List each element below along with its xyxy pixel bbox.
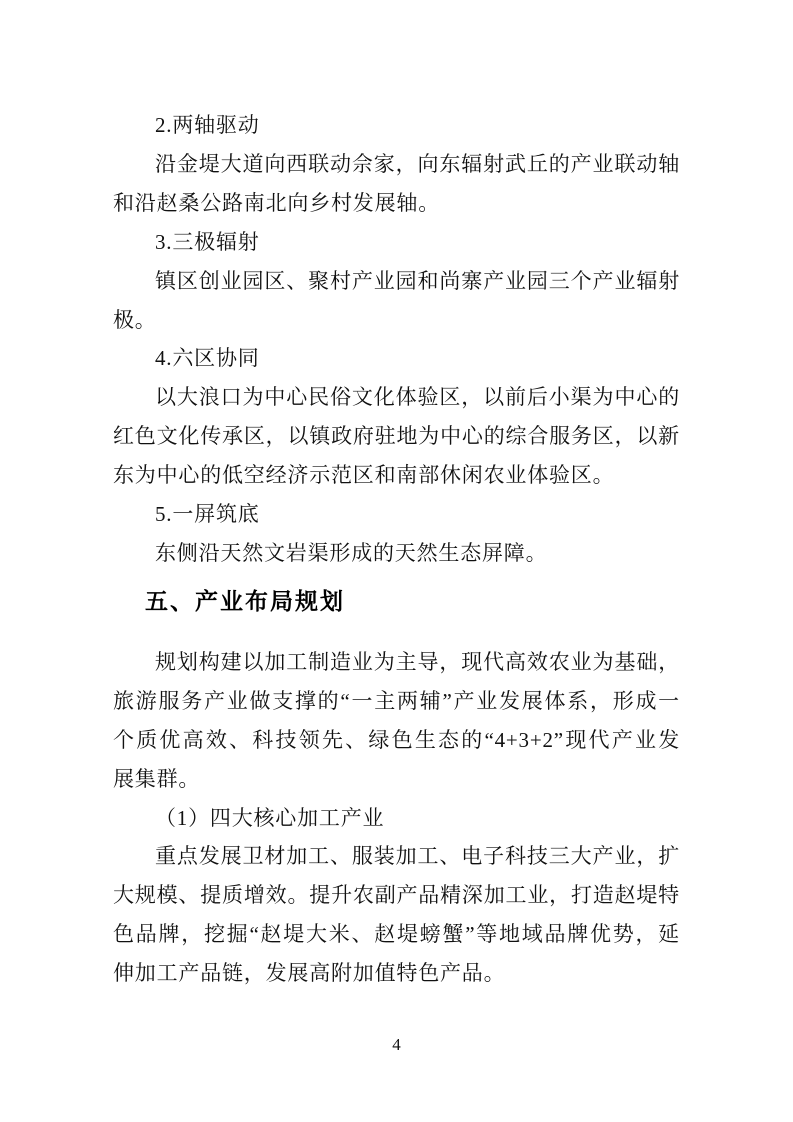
section-heading: 五、产业布局规划 — [113, 579, 680, 624]
paragraph-line: 镇区创业园区、聚村产业园和尚寨产业园三个产业辐射 — [113, 262, 680, 301]
paragraph-line: 旅游服务产业做支撑的“一主两辅”产业发展体系，形成一 — [113, 682, 680, 721]
paragraph-line: 色品牌，挖掘“赵堤大米、赵堤螃蟹”等地域品牌优势，延 — [113, 915, 680, 954]
document-page: 2.两轴驱动沿金堤大道向西联动佘家，向东辐射武丘的产业联动轴和沿赵桑公路南北向乡… — [0, 0, 793, 1122]
paragraph-line: 个质优高效、科技领先、绿色生态的“4+3+2”现代产业发 — [113, 721, 680, 760]
paragraph-line: 红色文化传承区，以镇政府驻地为中心的综合服务区，以新 — [113, 417, 680, 456]
sub-heading: 4.六区协同 — [113, 339, 680, 378]
paragraph-line: 东侧沿天然文岩渠形成的天然生态屏障。 — [113, 534, 680, 573]
paragraph: 重点发展卫材加工、服装加工、电子科技三大产业，扩大规模、提质增效。提升农副产品精… — [113, 837, 680, 993]
paragraph: 东侧沿天然文岩渠形成的天然生态屏障。 — [113, 534, 680, 573]
sub-heading: 3.三极辐射 — [113, 223, 680, 262]
sub-heading: 2.两轴驱动 — [113, 106, 680, 145]
paragraph-line: 大规模、提质增效。提升农副产品精深加工业，打造赵堤特 — [113, 876, 680, 915]
paragraph-line: 伸加工产品链，发展高附加值特色产品。 — [113, 954, 680, 993]
document-body: 2.两轴驱动沿金堤大道向西联动佘家，向东辐射武丘的产业联动轴和沿赵桑公路南北向乡… — [113, 106, 680, 993]
sub-heading: （1）四大核心加工产业 — [113, 799, 680, 838]
paragraph-line: 以大浪口为中心民俗文化体验区，以前后小渠为中心的 — [113, 378, 680, 417]
paragraph: 沿金堤大道向西联动佘家，向东辐射武丘的产业联动轴和沿赵桑公路南北向乡村发展轴。 — [113, 145, 680, 223]
paragraph-line: 规划构建以加工制造业为主导，现代高效农业为基础， — [113, 643, 680, 682]
sub-heading: 5.一屏筑底 — [113, 495, 680, 534]
paragraph: 以大浪口为中心民俗文化体验区，以前后小渠为中心的红色文化传承区，以镇政府驻地为中… — [113, 378, 680, 495]
paragraph-line: 东为中心的低空经济示范区和南部休闲农业体验区。 — [113, 456, 680, 495]
paragraph-line: 重点发展卫材加工、服装加工、电子科技三大产业，扩 — [113, 837, 680, 876]
paragraph: 镇区创业园区、聚村产业园和尚寨产业园三个产业辐射极。 — [113, 262, 680, 340]
page-number: 4 — [0, 1033, 793, 1057]
paragraph-line: 极。 — [113, 301, 680, 340]
paragraph-line: 展集群。 — [113, 760, 680, 799]
paragraph-line: 沿金堤大道向西联动佘家，向东辐射武丘的产业联动轴 — [113, 145, 680, 184]
paragraph-line: 和沿赵桑公路南北向乡村发展轴。 — [113, 184, 680, 223]
paragraph: 规划构建以加工制造业为主导，现代高效农业为基础，旅游服务产业做支撑的“一主两辅”… — [113, 643, 680, 799]
